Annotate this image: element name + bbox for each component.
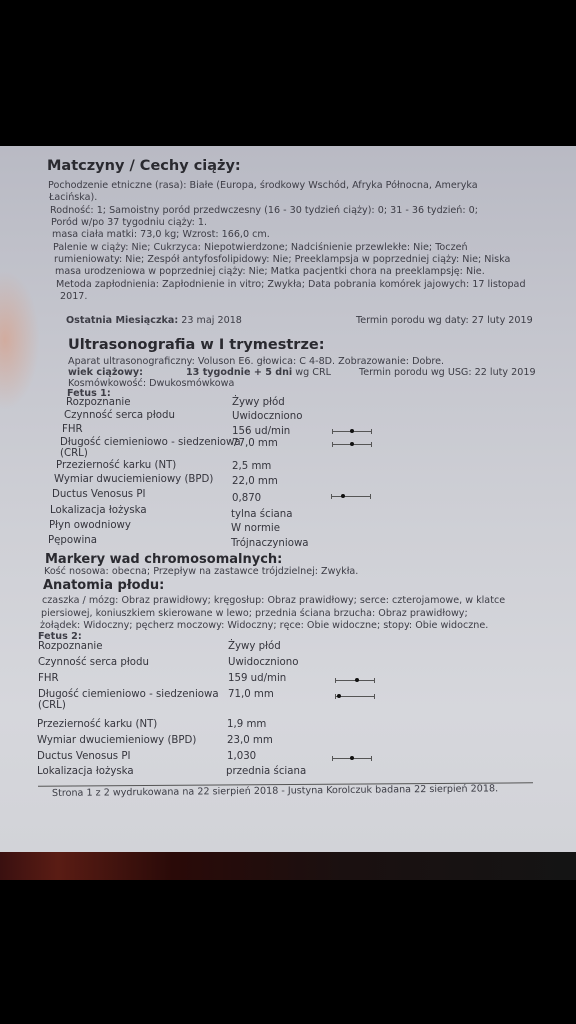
section-title-maternal: Matczyny / Cechy ciąży: — [47, 158, 241, 174]
row-value: W normie — [231, 523, 280, 534]
row-label: Wymiar dwuciemieniowy (BPD) — [37, 735, 196, 746]
row-label: Czynność serca płodu — [38, 657, 149, 668]
maternal-body-line: masa ciała matki: 73,0 kg; Wzrost: 166,0… — [52, 229, 270, 240]
parity-line: Rodność: 1; Samoistny poród przedwczesny… — [50, 205, 478, 216]
row-label: Rozpoznanie — [66, 397, 131, 408]
anatomy-line-1: czaszka / mózg: Obraz prawidłowy; kręgos… — [42, 595, 505, 606]
row-label: Czynność serca płodu — [64, 410, 175, 421]
row-value: 159 ud/min — [228, 673, 286, 684]
row-value: Uwidoczniono — [232, 411, 302, 422]
background-fabric — [0, 852, 576, 880]
measurement-marker — [341, 494, 345, 498]
reference-range-indicator — [331, 496, 371, 497]
row-value: 22,0 mm — [232, 476, 278, 487]
anatomy-line-3: żołądek: Widoczny; pęcherz moczowy: Wido… — [40, 620, 488, 631]
section-title-anatomy: Anatomia płodu: — [43, 578, 164, 593]
row-label: Ductus Venosus PI — [52, 489, 146, 500]
reference-range-indicator — [335, 680, 375, 681]
row-label: Pępowina — [48, 535, 97, 546]
row-value: Uwidoczniono — [228, 657, 298, 668]
history-line-2: rumieniowaty: Nie; Zespół antyfosfolipid… — [54, 254, 510, 265]
reference-range-indicator — [335, 696, 375, 697]
section-title-ultrasound: Ultrasonografia w I trymestrze: — [68, 337, 325, 353]
row-value: 156 ud/min — [232, 426, 290, 437]
row-label: Płyn owodniowy — [49, 520, 131, 531]
lmp-row: Ostatnia Miesiączka: 23 maj 2018 — [66, 315, 242, 326]
ga-value-row: 13 tygodnie + 5 dni wg CRL — [186, 367, 331, 378]
row-value: 0,870 — [232, 493, 261, 504]
ga-label: wiek ciążowy: — [68, 367, 143, 378]
row-label: Rozpoznanie — [38, 641, 103, 652]
row-value: tylna ściana — [231, 509, 292, 520]
conception-line-2: 2017. — [60, 291, 87, 302]
row-label: Przezierność karku (NT) — [37, 719, 157, 730]
term-births-line: Poród w/po 37 tygodniu ciąży: 1. — [51, 217, 207, 228]
row-label: Ductus Venosus PI — [37, 751, 131, 762]
row-value: 23,0 mm — [227, 735, 273, 746]
reference-range-indicator — [332, 758, 372, 759]
row-value: Żywy płód — [228, 641, 281, 652]
ethnicity-line: Pochodzenie etniczne (rasa): Białe (Euro… — [48, 180, 478, 191]
row-label: FHR — [38, 673, 59, 684]
device-line: Aparat ultrasonograficzny: Voluson E6. g… — [68, 356, 444, 367]
row-value: Żywy płód — [232, 397, 285, 408]
edd-by-usg: Termin porodu wg USG: 22 luty 2019 — [359, 367, 536, 378]
reference-range-indicator — [332, 444, 372, 445]
lmp-label: Ostatnia Miesiączka: — [66, 315, 178, 326]
row-label: Długość ciemieniowo - siedzeniowa — [38, 689, 219, 700]
anatomy-line-2: piersiowej, koniuszkiem skierowane w lew… — [41, 608, 468, 619]
row-value: 1,030 — [227, 751, 256, 762]
row-value: 1,9 mm — [227, 719, 266, 730]
row-value: 77,0 mm — [232, 438, 278, 449]
row-value: 71,0 mm — [228, 689, 274, 700]
measurement-marker — [355, 678, 359, 682]
row-value: 2,5 mm — [232, 461, 271, 472]
row-label: Wymiar dwuciemieniowy (BPD) — [54, 474, 213, 485]
row-label: Lokalizacja łożyska — [37, 766, 134, 777]
edd-by-date: Termin porodu wg daty: 27 luty 2019 — [356, 315, 533, 326]
measurement-marker — [350, 429, 354, 433]
history-line-3: masa urodzeniowa w poprzedniej ciąży: Ni… — [55, 266, 485, 277]
ga-value: 13 tygodnie + 5 dni — [186, 367, 292, 378]
measurement-marker — [350, 756, 354, 760]
measurement-marker — [337, 694, 341, 698]
markers-text: Kość nosowa: obecna; Przepływ na zastawc… — [44, 566, 358, 577]
history-line-1: Palenie w ciąży: Nie; Cukrzyca: Niepotwi… — [53, 242, 468, 253]
row-label-cont: (CRL) — [38, 700, 66, 711]
section-title-markers: Markery wad chromosomalnych: — [45, 552, 282, 567]
row-label: Przezierność karku (NT) — [56, 460, 176, 471]
ethnicity-line-cont: Łacińska). — [49, 192, 97, 203]
lmp-value: 23 maj 2018 — [181, 315, 242, 326]
row-label-cont: (CRL) — [60, 448, 88, 459]
row-value: przednia ściana — [226, 766, 306, 777]
ga-row: wiek ciążowy: — [68, 367, 143, 378]
conception-line-1: Metoda zapłodnienia: Zapłodnienie in vit… — [56, 279, 526, 290]
row-label: FHR — [62, 424, 83, 435]
ga-method: wg CRL — [295, 367, 331, 378]
row-value: Trójnaczyniowa — [231, 538, 309, 549]
row-label: Długość ciemieniowo - siedzeniowa — [60, 437, 241, 448]
measurement-marker — [350, 442, 354, 446]
row-label: Lokalizacja łożyska — [50, 505, 147, 516]
reference-range-indicator — [332, 431, 372, 432]
